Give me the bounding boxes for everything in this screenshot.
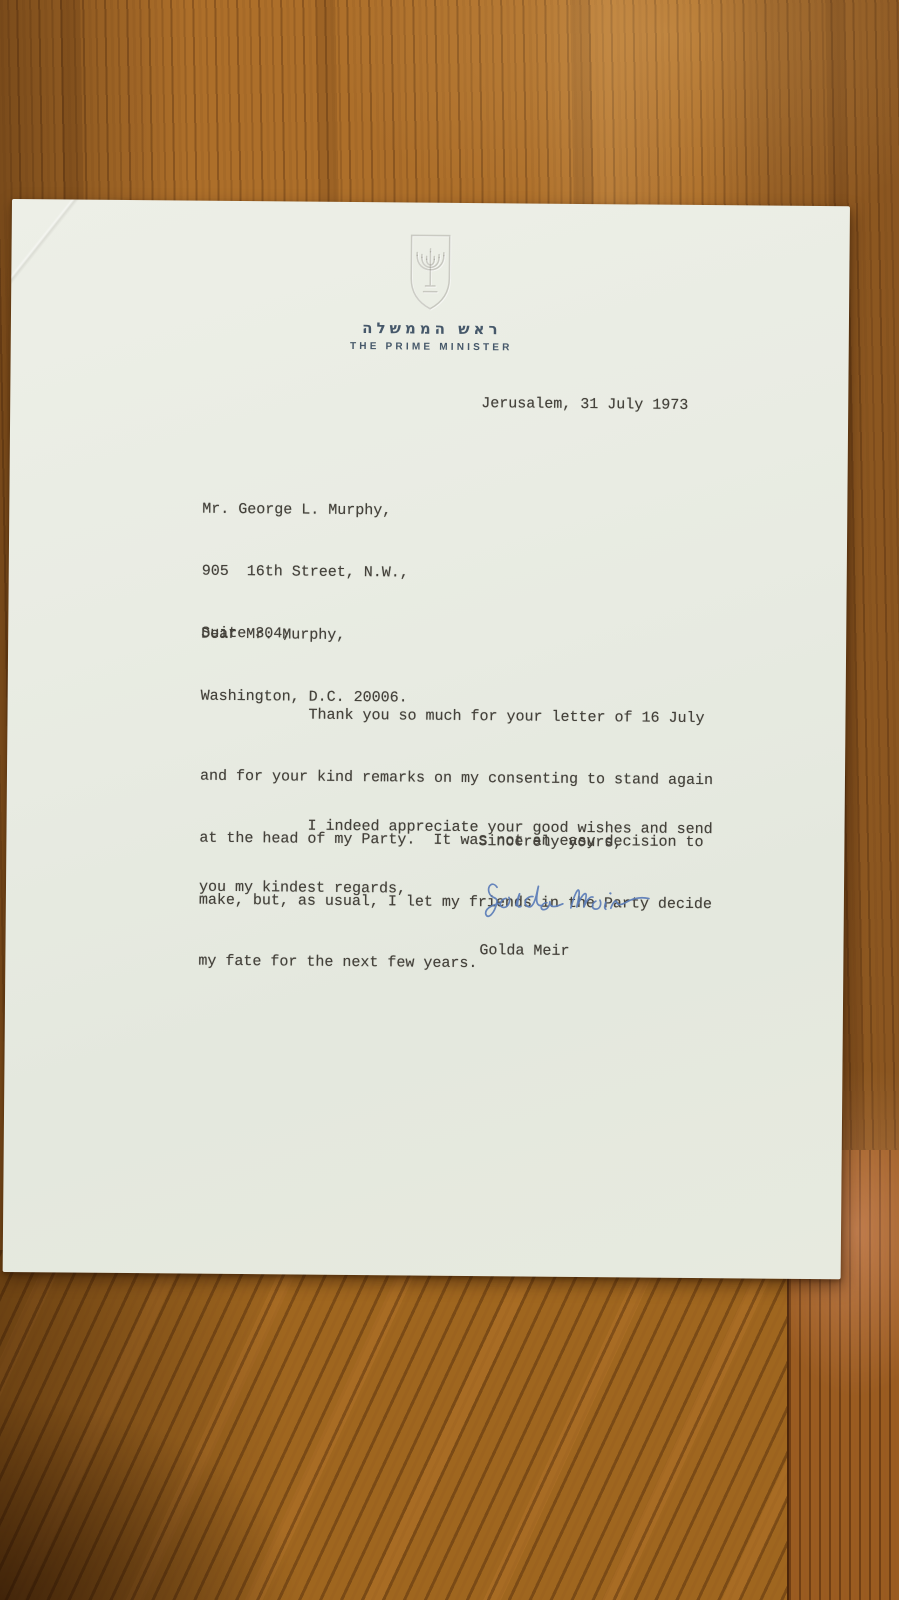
address-line: Mr. George L. Murphy,	[202, 499, 409, 522]
salutation: Dear Mr. Murphy,	[201, 625, 345, 647]
address-line: 905 16th Street, N.W.,	[202, 562, 409, 585]
body-line: Thank you so much for your letter of 16 …	[200, 705, 713, 730]
body-line: my fate for the next few years.	[198, 952, 711, 977]
wood-floor-diagonal-grain	[0, 1250, 789, 1600]
typed-signature-name: Golda Meir	[479, 941, 569, 962]
letterhead-english-title: THE PRIME MINISTER	[11, 338, 849, 356]
letterhead-hebrew-title: ראש הממשלה	[11, 316, 849, 341]
israel-state-emblem-icon	[401, 232, 460, 313]
letter-page: ראש הממשלה THE PRIME MINISTER Jerusalem,…	[3, 199, 850, 1279]
dateline: Jerusalem, 31 July 1973	[481, 394, 688, 416]
body-line: I indeed appreciate your good wishes and…	[199, 816, 712, 841]
signature-image	[483, 869, 653, 928]
closing: Sincerely yours,	[478, 832, 622, 854]
photo-of-letter-on-wood-floor: ראש הממשלה THE PRIME MINISTER Jerusalem,…	[0, 0, 899, 1600]
